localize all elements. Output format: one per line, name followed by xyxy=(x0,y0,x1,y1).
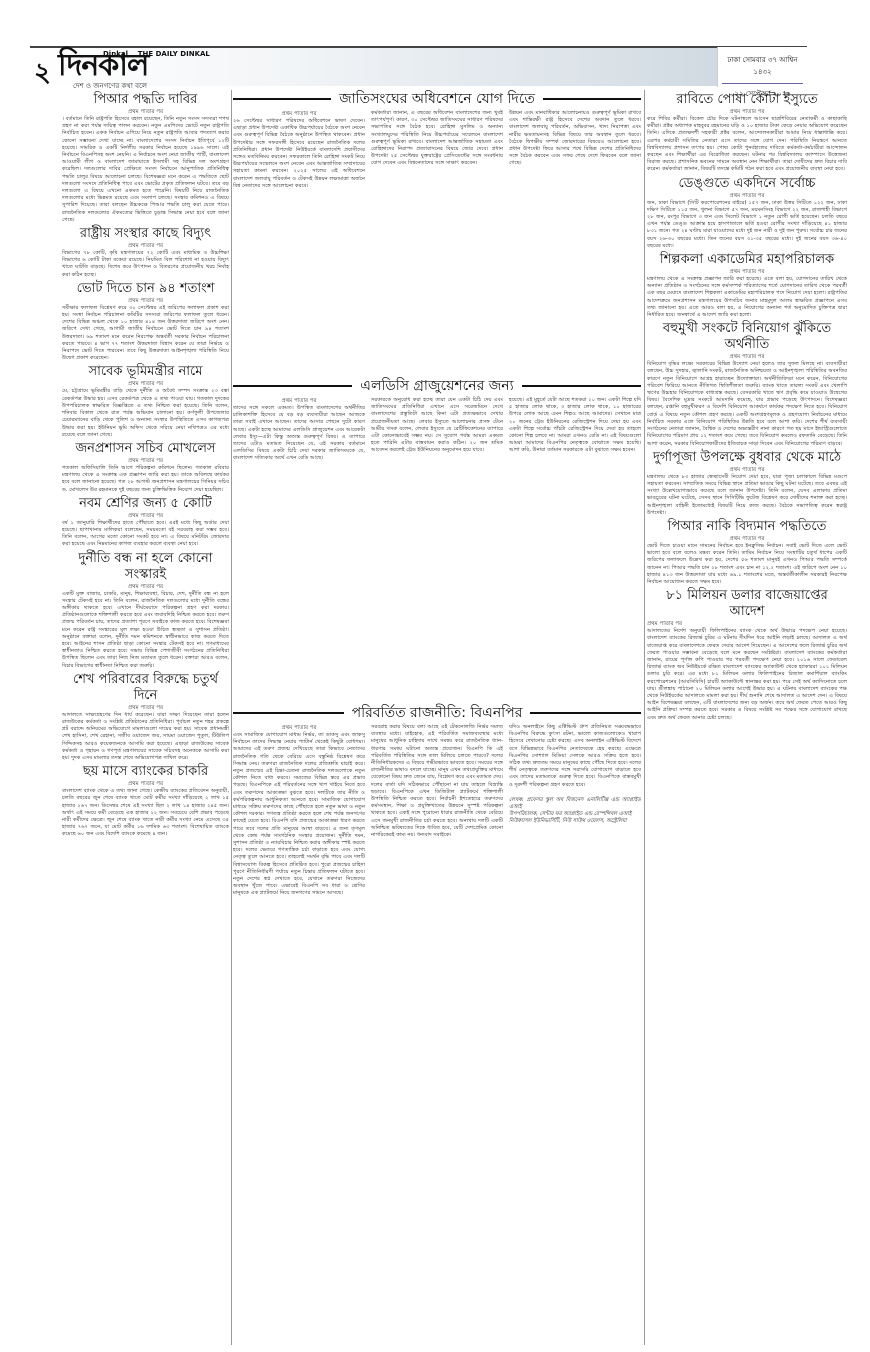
continued-label: প্রথম পাতার পর xyxy=(233,397,365,405)
middle-section-ldc: এলডিসি গ্রাজুয়েশনের জন্য প্রথম পাতার পর… xyxy=(233,375,641,700)
article-headline: জনপ্রশাসন সচিব মোখলেস xyxy=(62,441,229,457)
article-col: সরবরাহ করার বিষয়ে বলা আছে এই টেকনোলজি ন… xyxy=(371,724,503,898)
article-body: তাদের সঙ্গে সকলে একমত। উপস্থিত বাংলাদেশে… xyxy=(233,405,365,461)
continued-label: প্রথম পাতার পর xyxy=(62,108,229,116)
author-byline: লেখক: প্রফেসর স্কুল অব বিজনেস এনালিটিক্স… xyxy=(509,797,641,826)
article-headline: দুর্নীতি বন্ধ না হলে কোনো সংস্কারই xyxy=(62,551,229,583)
continued-label: প্রথম পাতার পর xyxy=(62,583,229,591)
article: ভোট দিতে চান ৯৪ শতাংশ প্রথম পাতার পর সমী… xyxy=(62,281,229,363)
article: রাবিতে পোষা কোটা ইস্যুতে প্রথম পাতার পর … xyxy=(647,92,847,174)
article-body: গতকাল অফিসিয়ালি তিনি আগে পরিকল্পনা কমিশ… xyxy=(62,465,229,494)
article: পিআর নাকি বিদ্যমান পদ্ধতিতে প্রথম পাতার … xyxy=(647,519,847,586)
article-body: আদালতে সাক্ষ্যগ্রহণের দিন ধার্য করেছেন। … xyxy=(62,712,229,762)
article-headline: দুর্গাপূজা উপলক্ষে বুধবার থেকে মাঠে xyxy=(647,450,847,466)
banner-title: এলডিসি গ্রাজুয়েশনের জন্য xyxy=(352,375,521,398)
right-column: রাবিতে পোষা কোটা ইস্যুতে প্রথম পাতার পর … xyxy=(647,90,847,1340)
article-body: বাংলাদেশ ব্যাংক থেকে এ তথ্য জানা গেছে। ক… xyxy=(62,788,229,838)
continued-label: প্রথম পাতার পর xyxy=(62,704,229,712)
article-body: সমীক্ষার ফলাফল বিশ্লেষণ করে ৩০ সেপ্টেম্ব… xyxy=(62,305,229,363)
article-col: উন্নয়ন এবং মানবাধিকার আলোচনায়ও গুরুত্ব… xyxy=(509,110,641,190)
article-headline: শিল্পকলা একাডেমির মহাপরিচালক xyxy=(647,252,847,268)
article-col: সরকারকে অনুরোধ করা হচ্ছে তারা যেন একটা চ… xyxy=(371,397,503,463)
article: ছয় মাসে ব্যাংকের চাকরি প্রথম পাতার পর ব… xyxy=(62,764,229,838)
article-headline: রাষ্ট্রীয় সংস্থার কাছে বিদ্যুৎ xyxy=(62,226,229,242)
article-col: প্রথম পাতার পরএবং সামাজিক যোগাযোগ মাধ্যম… xyxy=(233,724,365,898)
banner-rule xyxy=(233,712,344,714)
article-body: জন, ঢাকা বিভাগে (সিটি করপোরেশনের বাইরে) … xyxy=(647,200,847,250)
article-col: কর্মকর্তারা জানান, এ বছরের অধিবেশন বাংলা… xyxy=(371,110,503,190)
banner-rule xyxy=(233,385,352,387)
section-banner: এলডিসি গ্রাজুয়েশনের জন্য xyxy=(233,375,641,397)
article-headline: রাবিতে পোষা কোটা ইস্যুতে xyxy=(647,92,847,108)
article-headline: ডেঙ্গুতে একদিনে সর্বোচ্চ xyxy=(647,176,847,192)
middle-section-bnp: পরিবর্তিত রাজনীতি: বিএনপির প্রথম পাতার প… xyxy=(233,702,641,1342)
page-number: ২ xyxy=(34,52,51,96)
continued-label: প্রথম পাতার পর xyxy=(647,268,847,276)
column-divider xyxy=(231,90,232,1345)
article: নবম শ্রেণির জন্য ৫ কোটি প্রথম পাতার পর ব… xyxy=(62,496,229,549)
article-headline: পিআর নাকি বিদ্যমান পদ্ধতিতে xyxy=(647,519,847,535)
banner-title: জাতিসংঘের অধিবেশনে যোগ দিতে xyxy=(331,88,543,111)
date-box: ঢাকা সোমবার ৩৭ আশ্বিন ১৪৩২ ২২ সেপ্টেম্বর… xyxy=(717,47,807,87)
article: শেখ পরিবারের বিরুদ্ধে চতুর্থ দিনে প্রথম … xyxy=(62,672,229,762)
article-body: করে শিবির কর্মীরা। বিকেল চৌর দিকে ঘটনাস্… xyxy=(647,116,847,174)
article: ডেঙ্গুতে একদিনে সর্বোচ্চ প্রথম পাতার পর … xyxy=(647,176,847,250)
article: ৮১ মিলিয়ন ডলার বাজেয়াপ্তের আদেশ প্রথম … xyxy=(647,588,847,722)
article-headline: ছয় মাসে ব্যাংকের চাকরি xyxy=(62,764,229,780)
middle-section-un: জাতিসংঘের অধিবেশনে যোগ দিতে প্রথম পাতার … xyxy=(233,88,641,373)
article: দুর্গাপূজা উপলক্ষে বুধবার থেকে মাঠে প্রথ… xyxy=(647,450,847,517)
article-body: ভোট দিতে চাওয়া মানে সামনের নির্বাচন হবে… xyxy=(647,543,847,586)
article-body: আদালতের নির্দেশ অনুযায়ী ফিলিপাইনের ব্যা… xyxy=(647,628,847,722)
article: পিআর পদ্ধতি দাবির প্রথম পাতার পর । বর্তম… xyxy=(62,92,229,224)
article: শিল্পকলা একাডেমির মহাপরিচালক প্রথম পাতার… xyxy=(647,252,847,319)
article-headline: বহুমুখী সংকটে বিনিয়োগ ঝুঁকিতে অর্থনীতি xyxy=(647,321,847,353)
article: বহুমুখী সংকটে বিনিয়োগ ঝুঁকিতে অর্থনীতি … xyxy=(647,321,847,447)
continued-label: প্রথম পাতার পর xyxy=(62,457,229,465)
banner-title: পরিবর্তিত রাজনীতি: বিএনপির xyxy=(344,702,531,725)
banner-rule xyxy=(233,98,331,100)
article-body: ২৬ সেপ্টেম্বর সাধারণ পরিষদের অধিবেশনে ভা… xyxy=(233,118,365,189)
article-headline: শেখ পরিবারের বিরুদ্ধে চতুর্থ দিনে xyxy=(62,672,229,704)
article-columns: প্রথম পাতার পরএবং সামাজিক যোগাযোগ মাধ্যম… xyxy=(233,724,641,898)
article-body: মন্ত্রণালয় থেকে ৮৩ হাজার স্বেচ্ছাসেবী ন… xyxy=(647,474,847,517)
article-col: হয়েছে। এই মুহূর্তে যেটা আছে শতকরা ২০ জন… xyxy=(509,397,641,463)
continued-label: প্রথম পাতার পর xyxy=(62,512,229,520)
continued-label: প্রথম পাতার পর xyxy=(647,108,847,116)
left-column: পিআর পদ্ধতি দাবির প্রথম পাতার পর । বর্তম… xyxy=(62,90,229,1340)
article: জনপ্রশাসন সচিব মোখলেস প্রথম পাতার পর গতক… xyxy=(62,441,229,494)
article-headline: ৮১ মিলিয়ন ডলার বাজেয়াপ্তের আদেশ xyxy=(647,588,847,620)
section-banner: পরিবর্তিত রাজনীতি: বিএনপির xyxy=(233,702,641,724)
article-columns: প্রথম পাতার পরতাদের সঙ্গে সকলে একমত। উপস… xyxy=(233,397,641,463)
article-body: যদিও অনলাইনে কিছু এক্টিভিস্ট গ্রুপ প্রতি… xyxy=(509,724,641,788)
continued-label: প্রথম পাতার পর xyxy=(647,535,847,543)
article: সাবেক ভূমিমন্ত্রীর নামে প্রথম পাতার পর ম… xyxy=(62,364,229,438)
article: রাষ্ট্রীয় সংস্থার কাছে বিদ্যুৎ প্রথম পা… xyxy=(62,226,229,279)
continued-label: প্রথম পাতার পর xyxy=(62,780,229,788)
date-bangla: ঢাকা সোমবার ৩৭ আশ্বিন ১৪৩২ xyxy=(722,47,803,84)
article-body: একটি মুক্ত বাজার, চাকরি, মানুষ, শিক্ষাব্… xyxy=(62,591,229,670)
banner-rule xyxy=(522,385,641,387)
article-headline: নবম শ্রেণির জন্য ৫ কোটি xyxy=(62,496,229,512)
article-body: । বর্তমানে তিনি রাষ্ট্রপতি হিসেবে বহাল র… xyxy=(62,116,229,224)
continued-label: প্রথম পাতার পর xyxy=(233,724,365,732)
newspaper-logo: Dinkal THE DAILY DINKAL দিনকাল দেশ ও জনগ… xyxy=(58,50,148,92)
article-body: বিভাগের ৭৮ কোটি, কৃষি মন্ত্রণালয়ের ৭২ ক… xyxy=(62,250,229,279)
continued-label: প্রথম পাতার পর xyxy=(647,620,847,628)
article-columns: প্রথম পাতার পর২৬ সেপ্টেম্বর সাধারণ পরিষদ… xyxy=(233,110,641,190)
article-body: এবং সামাজিক যোগাযোগ মাধ্যম নির্ভর, তা ডা… xyxy=(233,732,365,896)
logo-english: Dinkal THE DAILY DINKAL xyxy=(103,50,210,58)
article-headline: ভোট দিতে চান ৯৪ শতাংশ xyxy=(62,281,229,297)
continued-label: প্রথম পাতার পর xyxy=(62,297,229,305)
section-banner: জাতিসংঘের অধিবেশনে যোগ দিতে xyxy=(233,88,641,110)
column-divider xyxy=(644,90,645,1345)
banner-rule xyxy=(543,98,641,100)
article-body: বিনিয়োগ বৃদ্ধির লক্ষ্যে সরকারের বিভিন্ন… xyxy=(647,361,847,447)
article-headline: পিআর পদ্ধতি দাবির xyxy=(62,92,229,108)
article-col: যদিও অনলাইনে কিছু এক্টিভিস্ট গ্রুপ প্রতি… xyxy=(509,724,641,898)
article-body: মন্ত্রণালয় থেকে এ সংক্রান্ত প্রজ্ঞাপন জ… xyxy=(647,276,847,319)
continued-label: প্রথম পাতার পর xyxy=(647,192,847,200)
article: দুর্নীতি বন্ধ না হলে কোনো সংস্কারই প্রথম… xyxy=(62,551,229,670)
banner-rule xyxy=(530,712,641,714)
continued-label: প্রথম পাতার পর xyxy=(62,242,229,250)
article-col: প্রথম পাতার পরতাদের সঙ্গে সকলে একমত। উপস… xyxy=(233,397,365,463)
article-col: প্রথম পাতার পর২৬ সেপ্টেম্বর সাধারণ পরিষদ… xyxy=(233,110,365,190)
continued-label: প্রথম পাতার পর xyxy=(647,466,847,474)
article-body: মে, চট্টগ্রামে ভূমিমন্ত্রীর বাড়ি থেকে দ… xyxy=(62,388,229,438)
article-headline: সাবেক ভূমিমন্ত্রীর নামে xyxy=(62,364,229,380)
continued-label: প্রথম পাতার পর xyxy=(233,110,365,118)
article-body: বর্ষ ১ জানুয়ারি শিক্ষার্থীদের হাতে পৌঁছ… xyxy=(62,520,229,549)
